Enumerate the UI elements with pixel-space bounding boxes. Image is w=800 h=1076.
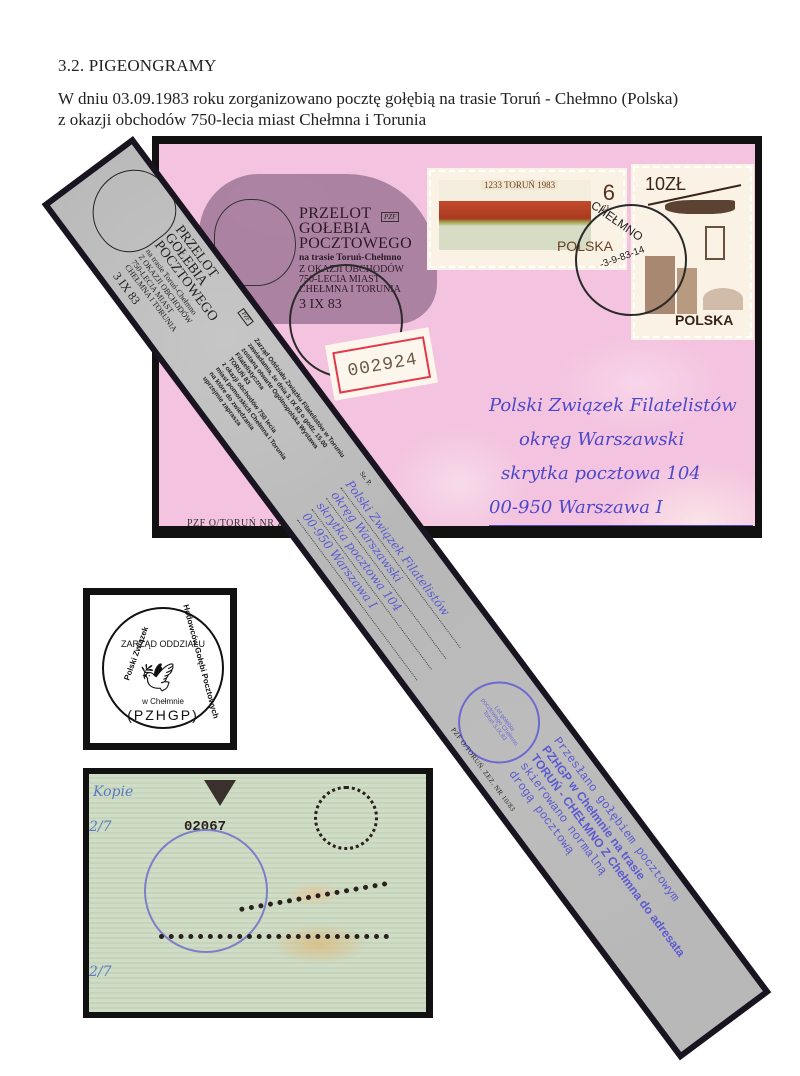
cachet-route: na trasie Toruń-Chełmno (299, 253, 412, 263)
dome-icon (703, 288, 743, 310)
seal-city: w Chełmnie (104, 697, 222, 706)
recipient-address: Polski Związek Filatelistów okręg Warsza… (489, 389, 753, 526)
stamp-banner: 1233 TORUŃ 1983 (481, 180, 558, 190)
intro-line: W dniu 03.09.1983 roku zorganizowano poc… (58, 88, 758, 109)
handwriting: 2/7 (89, 819, 112, 835)
seal-ring: Polski Związek Hodowców Gołębi Pocztowyc… (102, 607, 224, 729)
page-heading: 3.2. PIGEONGRAMY (58, 56, 217, 76)
stamp-value: 6 (603, 180, 615, 206)
stamp-country: POLSKA (675, 312, 733, 328)
dove-icon: 🕊 (140, 661, 176, 695)
postmark-date: -3-9-83-14 (599, 244, 647, 270)
address-line: skrytka pocztowa 104 (501, 457, 753, 491)
address-line: okręg Warszawski (519, 423, 753, 457)
seal-background: Polski Związek Hodowców Gołębi Pocztowyc… (90, 595, 230, 743)
dotted-mark (159, 934, 389, 947)
pigeon-post-message: Przesłano gołębiem pocztowym PZHGP w Che… (506, 734, 711, 976)
pigeongram-surface: 02067 Kopie 2/7 2/7 (89, 774, 426, 1012)
address-line: Polski Związek Filatelistów (489, 389, 753, 423)
seal-top-text: ZARZĄD ODDZIAŁU (104, 639, 222, 649)
address-line: 00-950 Warszawa I (489, 491, 753, 526)
intro-line: z okazji obchodów 750-lecia miast Chełmn… (58, 109, 758, 130)
pigeongram-photo: 02067 Kopie 2/7 2/7 (83, 768, 433, 1018)
handwriting: Kopie (93, 784, 133, 800)
cachet-title-line: POCZTOWEGO (299, 236, 412, 251)
postmark-city: CHEŁMNO (588, 198, 645, 244)
cargo-icon (705, 226, 725, 260)
seal-abbreviation: (PZHGP) (104, 707, 222, 723)
pzhgp-seal-image: Polski Związek Hodowców Gołębi Pocztowyc… (83, 588, 237, 750)
stamp-value: 10ZŁ (645, 174, 686, 195)
helicopter-icon (665, 200, 735, 214)
clock-dial-icon (314, 786, 378, 850)
intro-text: W dniu 03.09.1983 roku zorganizowano poc… (58, 88, 758, 130)
round-stamp-text: Lot gołębia pocztowego Chełmno Toruń 3.I… (473, 692, 524, 752)
pzf-logo: PZF (381, 212, 399, 222)
message-line: TORUŃ - CHEŁMNO Z Chełmna do adresata (528, 751, 688, 959)
pzf-logo: PZF (237, 308, 253, 326)
cachet-title-line: GOŁEBIA (299, 221, 412, 236)
postmark: CHEŁMNO -3-9-83-14 (575, 204, 687, 316)
handwriting: 2/7 (89, 964, 112, 980)
triangle-mark-icon (204, 780, 236, 806)
